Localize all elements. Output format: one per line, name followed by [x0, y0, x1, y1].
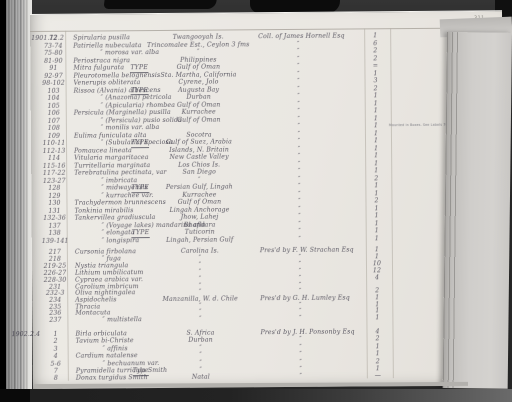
entry-donor-ditto: ″: [289, 130, 309, 137]
entry-donor-ditto: ″: [289, 115, 309, 122]
entry-species: Donax turgidus Smith: [76, 374, 148, 382]
entry-number: 105: [41, 102, 67, 109]
entry-count: 2: [366, 47, 384, 54]
entry-species: Cardium natalense: [76, 352, 138, 359]
entry-count: 1: [366, 32, 384, 39]
entry-number: 5-6: [43, 360, 69, 367]
right-fore-edge: [443, 32, 512, 389]
entry-number: 91: [40, 65, 66, 72]
entry-count: =: [366, 62, 384, 69]
entry-count: 2: [367, 85, 385, 92]
fore-edge-page-lines: [443, 32, 461, 388]
entry-count: 1: [368, 235, 386, 242]
entry-number: 115-16: [41, 162, 67, 169]
entry-donor-ditto: ″: [291, 344, 311, 351]
entry-donor-ditto: ″: [291, 373, 311, 380]
entry-species: Vitularia margaritacea: [74, 154, 149, 162]
entry-count: 1: [367, 130, 385, 137]
entry-number: 81-90: [40, 57, 66, 64]
entry-count: 1: [367, 92, 385, 99]
entry-donor-ditto: ″: [289, 183, 309, 190]
entry-count: 1: [367, 190, 385, 197]
entry-donor-ditto: ″: [288, 40, 308, 47]
entry-number: 131: [42, 207, 68, 214]
entry-species: Pomaucea lineata: [74, 147, 132, 154]
entry-species: Spirularia pusilla: [73, 34, 130, 41]
entry-number: 109: [41, 132, 67, 139]
entry-count: 1: [369, 365, 387, 372]
entry-donor-ditto: ″: [288, 70, 308, 77]
entry-number: 4: [43, 353, 69, 360]
entry-number: 138: [42, 230, 68, 237]
entry-species: Periostraca nigra: [73, 57, 130, 64]
entry-species: Tonkinia mirabilis: [75, 207, 134, 214]
entry-locality: Lingah, Persian Gulf: [140, 236, 260, 244]
entry-count: 1: [368, 220, 386, 227]
entry-donor-ditto: ″: [289, 108, 309, 115]
entry-count: 1: [367, 167, 385, 174]
entry-number: 117-22: [41, 170, 67, 177]
scanner-shadow-blob: [103, 0, 216, 9]
entry-donor-ditto: ″: [289, 175, 309, 182]
entry-count: 1: [368, 205, 386, 212]
entry-count: 1: [367, 137, 385, 144]
entry-number: 8: [43, 375, 69, 382]
entry-species: ″ imbricata: [101, 177, 137, 184]
entry-number: 75-80: [40, 50, 66, 57]
entry-species: Mitra fulgurata: [73, 64, 124, 71]
entry-donor-ditto: ″: [289, 168, 309, 175]
entry-count: 2: [367, 175, 385, 182]
entry-species: Patiriella nubeculata: [73, 42, 141, 50]
entry-number: 128: [41, 185, 67, 192]
entry-donor-ditto: ″: [289, 153, 309, 160]
entry-number: 132-36: [42, 215, 68, 222]
entry-count: 1: [367, 115, 385, 122]
entry-number: 72: [40, 35, 66, 42]
entry-species: ″ monilis var. alba: [101, 124, 160, 131]
entry-donor-ditto: ″: [291, 351, 311, 358]
entry-donor-ditto: ″: [290, 205, 310, 212]
entry-count: 1: [368, 212, 386, 219]
register-entries: 1901.12.272Spirularia pusillaTwangooyah …: [30, 11, 502, 15]
entry-donor-ditto: ″: [290, 220, 310, 227]
entry-count: 3: [367, 77, 385, 84]
entry-number: 73-74: [40, 42, 66, 49]
register-book-scan: 311 Mounted in Boxes. See Labels 700-708…: [0, 0, 512, 402]
entry-count: 1: [367, 145, 385, 152]
entry-count: 1: [369, 343, 387, 350]
entry-number: 92-97: [40, 72, 66, 79]
entry-number: 1: [42, 331, 68, 338]
entry-number: 104: [41, 95, 67, 102]
entry-number: 129: [41, 192, 67, 199]
entry-number: 130: [41, 200, 67, 207]
entry-count: 1: [369, 350, 387, 357]
entry-count: 1: [368, 314, 386, 321]
entry-donor-ditto: ″: [289, 145, 309, 152]
entry-count: 1: [367, 152, 385, 159]
entry-species: Eulima funiculata alta: [74, 132, 147, 140]
entry-species: Venerupis obliterata: [74, 79, 141, 87]
entry-donor-ditto: ″: [291, 366, 311, 373]
entry-number: 103: [41, 87, 67, 94]
entry-number: 106: [41, 110, 67, 117]
entry-count: 1: [367, 182, 385, 189]
entry-donor-ditto: ″: [289, 198, 309, 205]
entry-number: 237: [42, 316, 68, 323]
entry-donor-ditto: ″: [291, 358, 311, 365]
entry-count: 2: [366, 55, 384, 62]
entry-count: 1: [366, 70, 384, 77]
entry-donor-ditto: ″: [290, 235, 310, 242]
entry-donor-ditto: ″: [290, 228, 310, 235]
entry-species: ″ affinis: [103, 345, 128, 352]
entry-donor-ditto: ″: [289, 138, 309, 145]
scanner-bottom-background: [0, 389, 512, 402]
entry-number: 3: [43, 346, 69, 353]
entry-number: 123-27: [41, 177, 67, 184]
entry-number: 98-102: [41, 80, 67, 87]
entry-donor-ditto: ″: [288, 63, 308, 70]
bottom-left-shadow: [0, 389, 30, 402]
entry-number: 108: [41, 125, 67, 132]
entry-number: 2: [43, 338, 69, 345]
entry-species: Birla orbiculata: [75, 330, 126, 337]
left-page-stack-edges: [0, 0, 32, 402]
entry-number: 110-11: [41, 140, 67, 147]
entry-count: 1: [367, 100, 385, 107]
entry-donor-ditto: ″: [289, 93, 309, 100]
entry-donor-ditto: ″: [290, 314, 310, 321]
entry-count: 1: [367, 160, 385, 167]
entry-count: 1: [367, 122, 385, 129]
entry-count: 1: [367, 107, 385, 114]
entry-count: 4: [368, 328, 386, 335]
entry-donor-ditto: ″: [288, 48, 308, 55]
entry-count: 2: [369, 358, 387, 365]
entry-number: 114: [41, 155, 67, 162]
entry-donor-ditto: ″: [289, 78, 309, 85]
entry-donor-ditto: ″: [289, 190, 309, 197]
entry-species: Tavium bi-Christe: [76, 338, 134, 345]
entry-count: —: [369, 373, 387, 380]
entry-number: 7: [43, 368, 69, 375]
entry-locality: Natal: [141, 374, 261, 382]
entry-number: 107: [41, 117, 67, 124]
entry-species: ″ elongata: [102, 229, 135, 236]
register-page: 311 Mounted in Boxes. See Labels 700-708…: [30, 10, 505, 389]
entry-donor-ditto: ″: [291, 336, 311, 343]
entry-number: 139-141: [42, 237, 68, 244]
entry-donor-ditto: ″: [288, 55, 308, 62]
entry-count: 1: [368, 227, 386, 234]
entry-donor-ditto: ″: [290, 213, 310, 220]
entry-donor-ditto: ″: [289, 123, 309, 130]
entry-number: 137: [42, 222, 68, 229]
entry-count: 2: [367, 197, 385, 204]
entry-species: ″ multistella: [102, 316, 142, 323]
entry-count: 6: [366, 40, 384, 47]
entry-locality: ″: [140, 315, 260, 323]
entry-donor-ditto: ″: [289, 100, 309, 107]
entry-count: 2: [369, 336, 387, 343]
entry-donor-ditto: ″: [289, 85, 309, 92]
entry-date: 1902.2.4: [11, 331, 40, 338]
entry-donor-ditto: ″: [289, 160, 309, 167]
entry-number: 112-13: [41, 147, 67, 154]
entry-species: ″ longispira: [102, 237, 140, 244]
